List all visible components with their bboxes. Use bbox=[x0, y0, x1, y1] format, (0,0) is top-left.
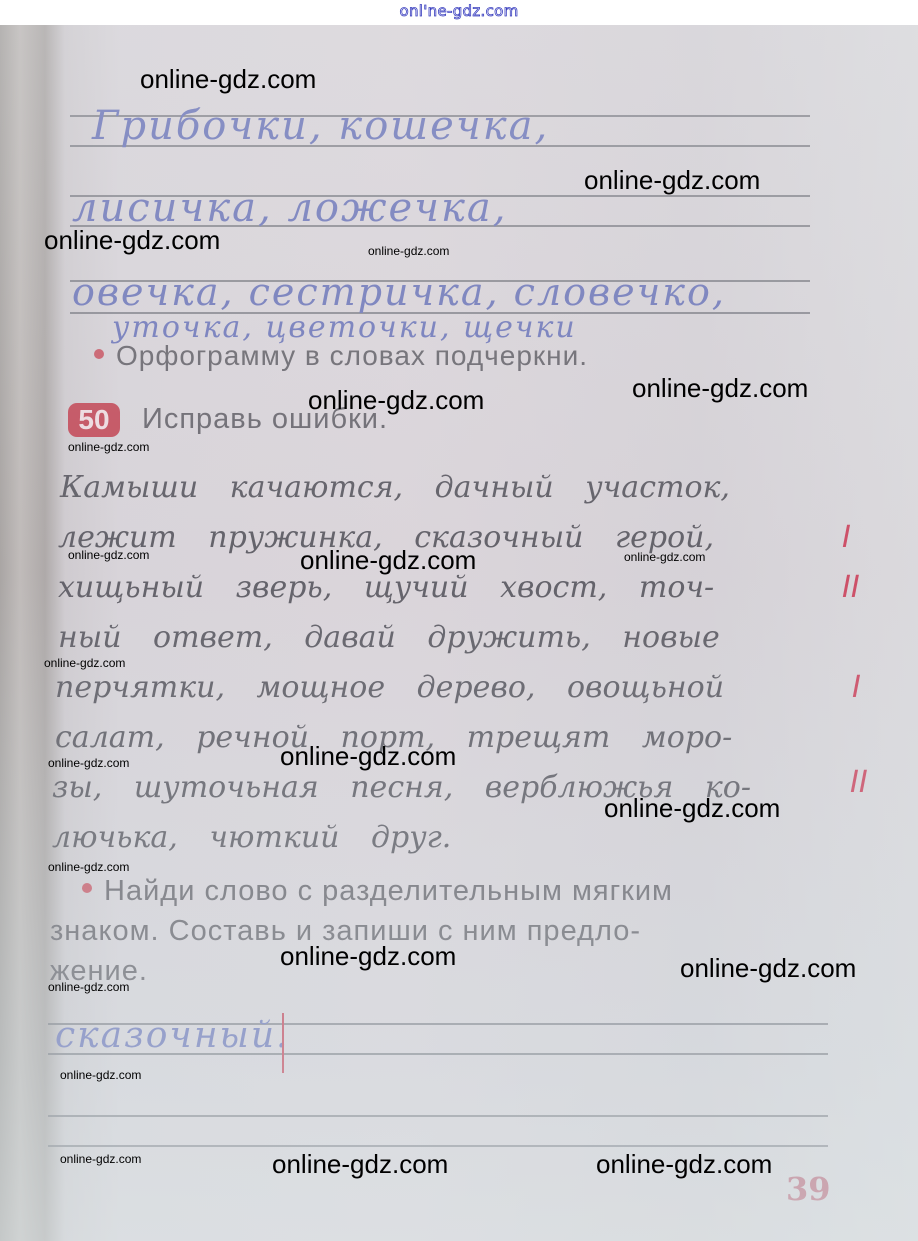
watermark: online-gdz.com bbox=[584, 165, 760, 196]
watermark: online-gdz.com bbox=[68, 440, 149, 454]
watermark: online-gdz.com bbox=[272, 1149, 448, 1180]
watermark: online-gdz.com bbox=[48, 756, 129, 770]
instruction-2-line-1: Найди слово с разделительным мягким bbox=[82, 875, 673, 908]
handwritten-line-3: овечка, сестричка, словечко, bbox=[72, 270, 726, 314]
watermark: online-gdz.com bbox=[60, 1152, 141, 1166]
watermark: online-gdz.com bbox=[44, 656, 125, 670]
watermark: online-gdz.com bbox=[48, 860, 129, 874]
ruled-line bbox=[48, 1145, 828, 1147]
answer-word: сказочный. bbox=[55, 1015, 290, 1056]
watermark: online-gdz.com bbox=[60, 1068, 141, 1082]
watermark: online-gdz.com bbox=[368, 244, 449, 258]
instruction-text: Орфограмму в словах подчеркни. bbox=[116, 340, 588, 371]
instruction-2-text: Найди слово с разделительным мягким bbox=[104, 875, 673, 907]
watermark: online-gdz.com bbox=[68, 548, 149, 562]
watermark: online-gdz.com bbox=[624, 550, 705, 564]
margin-mark: I bbox=[852, 670, 861, 705]
watermark: online-gdz.com bbox=[680, 953, 856, 984]
exercise-line-5: перчятки, мощное дерево, овощьной bbox=[55, 670, 724, 705]
bullet-icon bbox=[94, 349, 104, 359]
workbook-page: Грибочки, кошечка, лисичка, ложечка, ове… bbox=[0, 25, 918, 1241]
watermark: online-gdz.com bbox=[604, 793, 780, 824]
exercise-line-1: Камыши качаются, дачный участок, bbox=[60, 470, 730, 505]
margin-mark: I bbox=[842, 520, 851, 555]
exercise-line-4: ный ответ, давай дружить, новые bbox=[58, 620, 720, 655]
task-number-badge: 50 bbox=[68, 403, 120, 437]
handwritten-line-1: Грибочки, кошечка, bbox=[92, 103, 549, 149]
watermark: online-gdz.com bbox=[308, 385, 484, 416]
instruction-underline: Орфограмму в словах подчеркни. bbox=[94, 340, 588, 372]
site-banner-text: onl'ne-gdz.com bbox=[399, 2, 518, 20]
margin-mark: II bbox=[850, 765, 868, 800]
watermark: online-gdz.com bbox=[44, 225, 220, 256]
watermark: online-gdz.com bbox=[280, 741, 456, 772]
watermark: online-gdz.com bbox=[48, 980, 129, 994]
bullet-icon bbox=[82, 883, 92, 893]
watermark: online-gdz.com bbox=[300, 545, 476, 576]
watermark: online-gdz.com bbox=[140, 64, 316, 95]
watermark: online-gdz.com bbox=[596, 1149, 772, 1180]
watermark: online-gdz.com bbox=[632, 373, 808, 404]
syllable-divider-mark bbox=[282, 1013, 284, 1073]
margin-mark: II bbox=[842, 570, 860, 605]
watermark: online-gdz.com bbox=[280, 941, 456, 972]
ruled-line bbox=[48, 1115, 828, 1117]
site-banner: onl'ne-gdz.com bbox=[0, 0, 918, 25]
exercise-line-8: лючька, чюткий друг. bbox=[52, 820, 451, 855]
page-number: 39 bbox=[786, 1170, 831, 1208]
